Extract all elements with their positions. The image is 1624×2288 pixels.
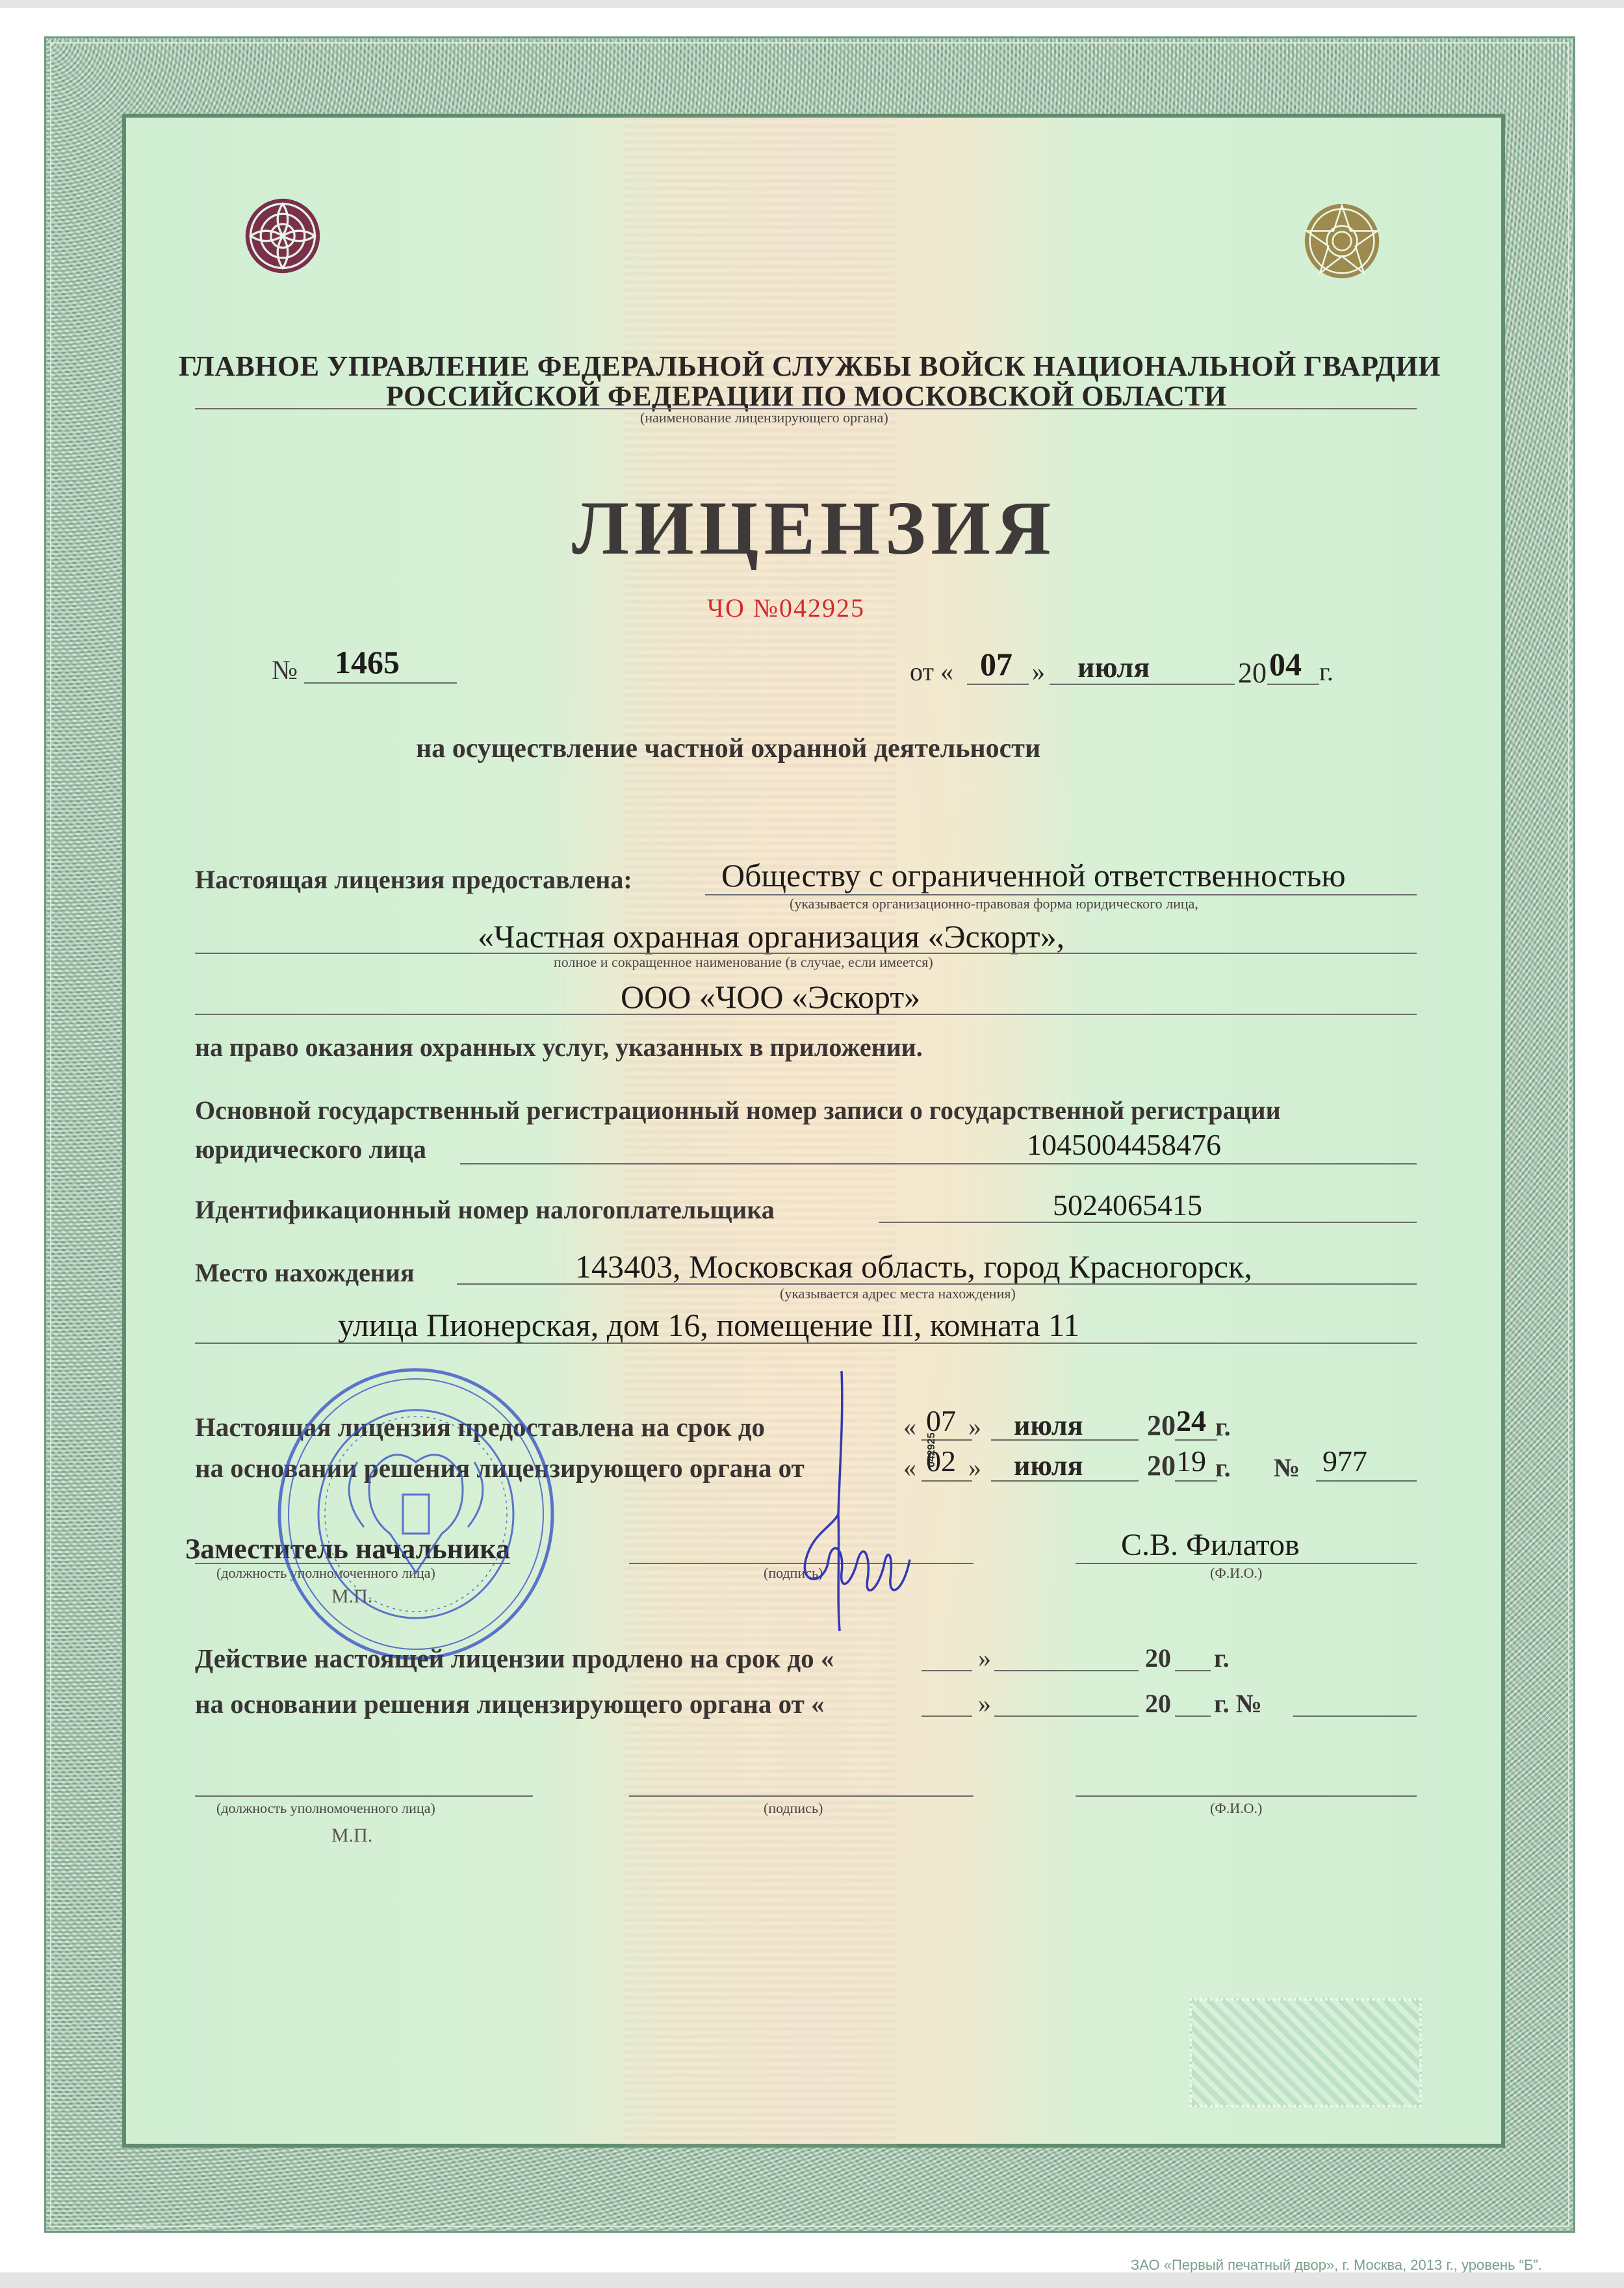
extension-basis-close-quote: » [978,1688,991,1719]
extension-basis-month-underline [994,1716,1139,1717]
basis-number-underline [1316,1480,1417,1482]
license-number: 1465 [335,643,400,681]
extension-signature-caption: (подпись) [764,1800,823,1817]
name-underline [1076,1563,1417,1564]
address-caption: (указывается адрес места нахождения) [780,1285,1016,1302]
extension-position-underline [195,1795,533,1797]
ogrn-label-line2: юридического лица [195,1134,426,1164]
basis-number-label: № [1274,1452,1300,1483]
term-close-quote: » [968,1411,981,1442]
address-line1: 143403, Московская область, город Красно… [575,1248,1252,1285]
scan-edge-bottom [0,2272,1624,2288]
basis-year-prefix: 20 [1147,1449,1176,1482]
ogrn-value: 1045004458476 [1027,1127,1221,1162]
date-suffix: г. [1319,656,1334,687]
extension-seal-label: М.П. [331,1825,372,1847]
form-serial-number: ЧО №042925 [707,593,865,623]
signatory-name: С.В. Филатов [1121,1527,1300,1563]
extension-day-underline [922,1670,972,1671]
official-seal-stamp-icon [273,1365,559,1664]
hologram-patch [1189,1998,1422,2107]
extension-position-caption: (должность уполномоченного лица) [216,1800,435,1817]
issuing-authority-caption: (наименование лицензирующего органа) [640,409,888,426]
basis-month-underline [991,1480,1139,1482]
inn-value: 5024065415 [1053,1188,1202,1222]
extension-basis-year-underline [1175,1716,1211,1717]
date-day-underline [967,684,1029,685]
date-close-quote: » [1032,656,1045,687]
extension-number-underline [1293,1716,1417,1717]
extension-label: Действие настоящей лицензии продлено на … [195,1643,834,1674]
name-caption: (Ф.И.О.) [1210,1565,1262,1582]
address-label: Место нахождения [195,1257,415,1288]
date-prefix: от « [910,656,953,687]
basis-month: июля [1014,1449,1083,1482]
scan-edge-top [0,0,1624,8]
extension-signature-underline [629,1795,973,1797]
date-month: июля [1077,650,1150,684]
date-year: 04 [1269,645,1302,683]
short-name-underline [195,1014,1417,1015]
basis-year: 19 [1176,1444,1206,1478]
extension-month-underline [994,1670,1139,1671]
extension-year-suffix: г. [1214,1643,1230,1673]
printer-imprint: ЗАО «Первый печатный двор», г. Москва, 2… [1131,2257,1542,2274]
name-caption: полное и сокращенное наименование (в слу… [554,954,933,971]
extension-basis-label: на основании решения лицензирующего орга… [195,1688,825,1719]
inn-label: Идентификационный номер налогоплательщик… [195,1194,775,1225]
ogrn-label-line1: Основной государственный регистрационный… [195,1095,1281,1125]
legal-form-caption: (указывается организационно-правовая фор… [790,895,1198,912]
ogrn-underline [460,1163,1417,1164]
full-name: «Частная охранная организация «Эскорт», [478,918,1064,955]
number-label: № [272,655,298,686]
extension-close-quote: » [978,1643,991,1673]
document-title: ЛИЦЕНЗИЯ [572,484,1056,572]
extension-name-caption: (Ф.И.О.) [1210,1800,1262,1817]
rosette-emblem-left-icon [240,194,325,278]
date-century: 20 [1238,656,1267,689]
license-purpose: на осуществление частной охранной деятел… [416,733,1040,764]
basis-year-underline [1175,1480,1217,1482]
term-month-underline [991,1439,1139,1441]
term-year-prefix: 20 [1147,1409,1176,1442]
inn-underline [879,1222,1417,1223]
address-line2: улица Пионерская, дом 16, помещение III,… [338,1306,1079,1344]
extension-basis-year-prefix: 20 [1145,1688,1171,1719]
basis-number: 977 [1322,1444,1367,1478]
date-year-underline [1267,684,1319,685]
address-underline-2 [195,1343,1417,1344]
legal-form: Обществу с ограниченной ответственностью [721,856,1346,894]
term-year: 24 [1176,1404,1206,1438]
granted-label: Настоящая лицензия предоставлена: [195,864,632,895]
rosette-emblem-right-icon [1300,199,1384,283]
extension-number-label: г. № [1214,1688,1262,1719]
date-month-underline [1050,684,1235,685]
number-underline [304,682,457,684]
address-underline-1 [457,1283,1417,1285]
term-month: июля [1014,1409,1083,1442]
short-name: ООО «ЧОО «Эскорт» [621,978,920,1016]
extension-year-underline [1175,1670,1211,1671]
term-year-underline [1175,1439,1217,1441]
term-suffix: г. [1215,1411,1231,1442]
handwritten-signature-icon [767,1365,929,1638]
extension-basis-day-underline [922,1716,972,1717]
basis-suffix: г. [1215,1452,1231,1483]
extension-name-underline [1076,1795,1417,1797]
scope-text: на право оказания охранных услуг, указан… [195,1032,923,1062]
issuing-authority-line1: ГЛАВНОЕ УПРАВЛЕНИЕ ФЕДЕРАЛЬНОЙ СЛУЖБЫ ВО… [179,350,1441,383]
date-day: 07 [980,645,1012,683]
extension-year-prefix: 20 [1145,1643,1171,1673]
basis-close-quote: » [968,1452,981,1483]
